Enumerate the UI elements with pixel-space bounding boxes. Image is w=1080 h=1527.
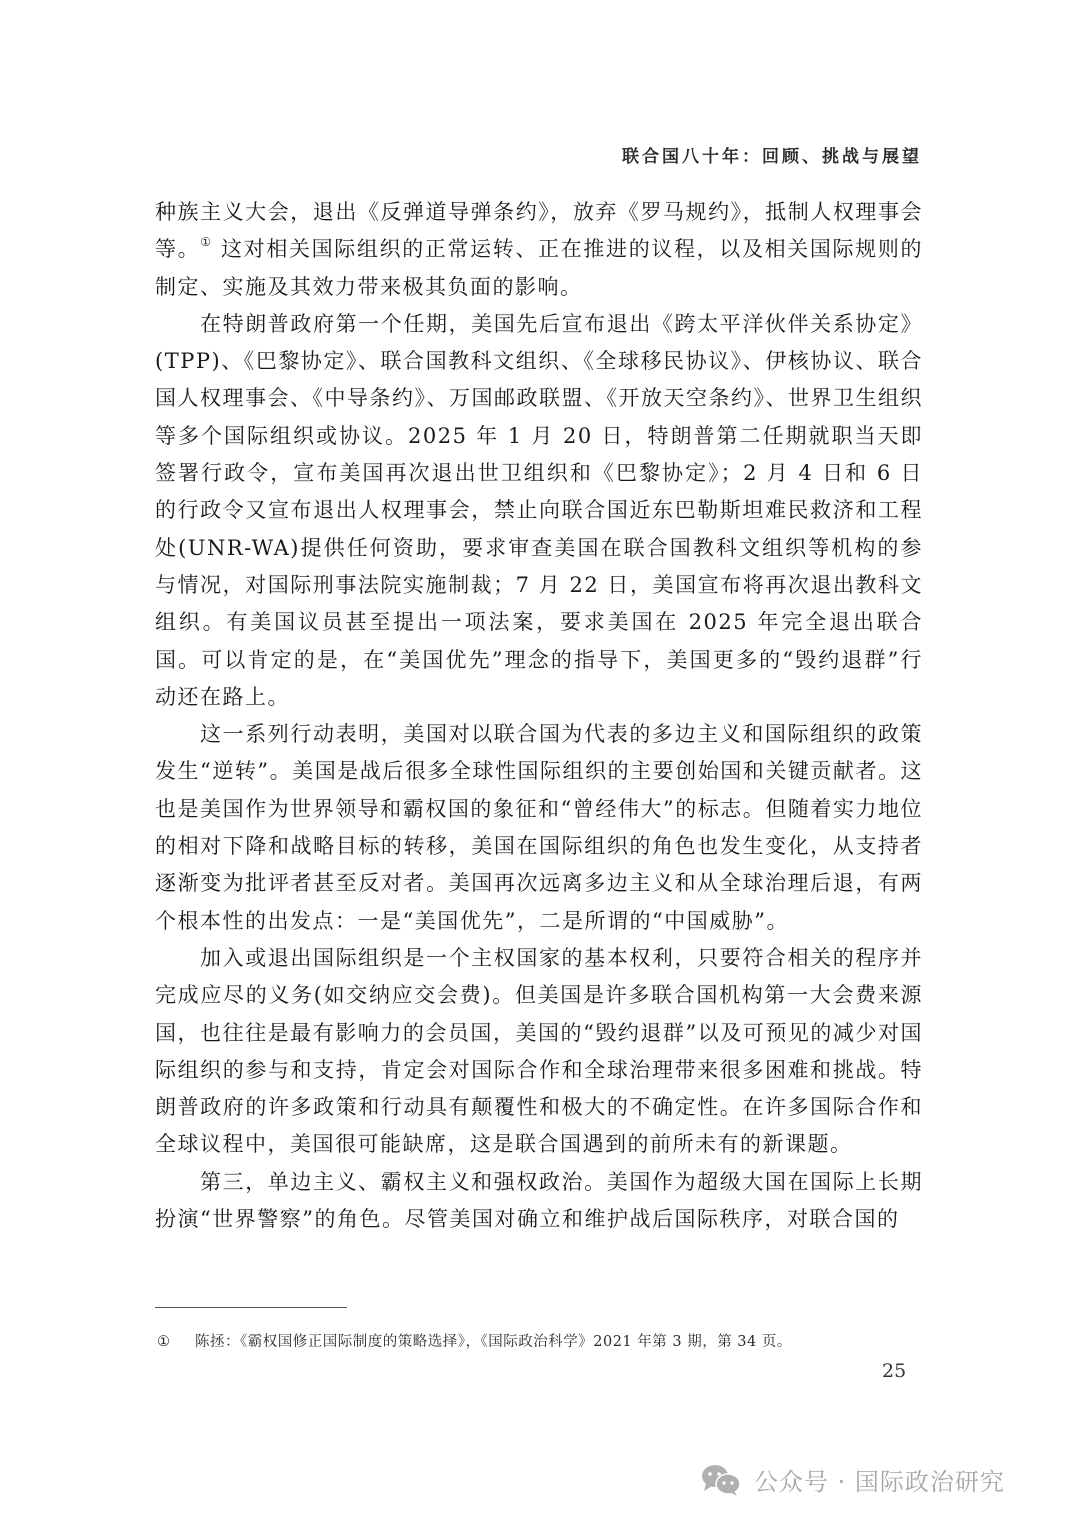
paragraph-2: 在特朗普政府第一个任期，美国先后宣布退出《跨太平洋伙伴关系协定》(TPP)、《巴… (155, 306, 923, 716)
footnote-text: 陈拯：《霸权国修正国际制度的策略选择》，《国际政治科学》2021 年第 3 期，… (195, 1334, 792, 1350)
paragraph-3: 这一系列行动表明，美国对以联合国为代表的多边主义和国际组织的政策发生“逆转”。美… (155, 716, 923, 940)
paragraph-5: 第三，单边主义、霸权主义和强权政治。美国作为超级大国在国际上长期扮演“世界警察”… (155, 1164, 923, 1239)
footnote-divider (155, 1307, 347, 1308)
watermark-label: 公众号 · 国际政治研究 (754, 1462, 1005, 1497)
paragraph-4: 加入或退出国际组织是一个主权国家的基本权利，只要符合相关的程序并完成应尽的义务(… (155, 940, 923, 1164)
footnote-mark: ① (155, 1334, 195, 1350)
page-number: 25 (882, 1360, 906, 1382)
footnote: ①陈拯：《霸权国修正国际制度的策略选择》，《国际政治科学》2021 年第 3 期… (155, 1330, 935, 1351)
paragraph-1: 种族主义大会，退出《反弹道导弹条约》，放弃《罗马规约》，抵制人权理事会等。① 这… (155, 194, 923, 306)
paragraph-text: 这对相关国际组织的正常运转、正在推进的议程，以及相关国际规则的制定、实施及其效力… (155, 237, 923, 298)
body-text: 种族主义大会，退出《反弹道导弹条约》，放弃《罗马规约》，抵制人权理事会等。① 这… (155, 194, 923, 1238)
footnote-reference[interactable]: ① (200, 235, 212, 249)
wechat-icon (700, 1464, 742, 1496)
watermark: 公众号 · 国际政治研究 (700, 1462, 1005, 1497)
running-header-title: 联合国八十年：回顾、挑战与展望 (622, 142, 922, 167)
